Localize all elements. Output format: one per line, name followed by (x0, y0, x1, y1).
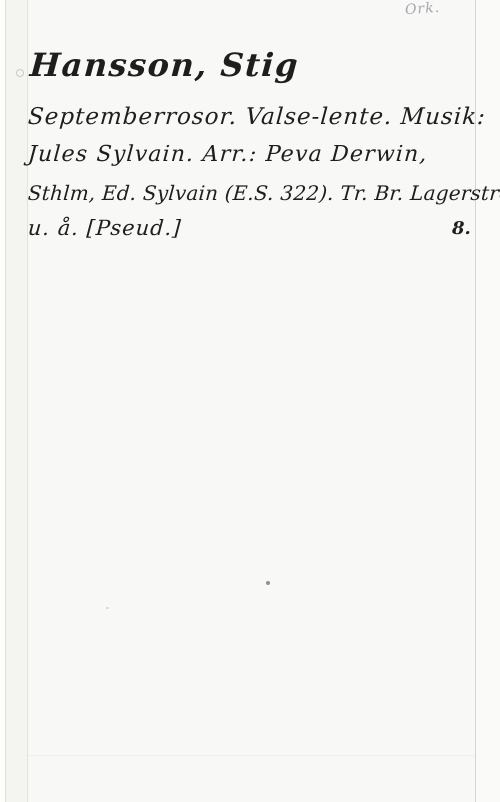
entry-line-4: u. å. [Pseud.] (27, 216, 182, 240)
entry-line-3: Sthlm, Ed. Sylvain (E.S. 322). Tr. Br. L… (27, 181, 500, 205)
catalog-card-scan: Ork. Hansson, Stig Septemberrosor. Valse… (0, 0, 500, 802)
punch-hole-mark (16, 69, 24, 77)
left-gutter (6, 0, 27, 802)
pencil-annotation: Ork. (404, 0, 440, 18)
page-number: 8. (452, 218, 471, 239)
faint-horizontal-line (28, 755, 475, 756)
entry-line-1: Septemberrosor. Valse-lente. Musik: (27, 104, 487, 130)
card-heading: Hansson, Stig (29, 46, 301, 84)
ink-speck (266, 581, 270, 585)
entry-line-2: Jules Sylvain. Arr.: Peva Derwin, (27, 142, 428, 167)
paper-speck (106, 607, 109, 609)
